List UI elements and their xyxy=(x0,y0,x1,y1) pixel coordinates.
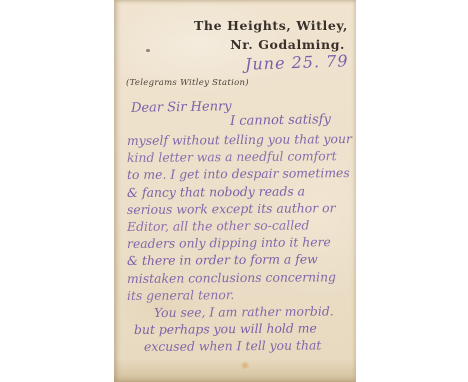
letter-line: mistaken conclusions concerning xyxy=(127,268,349,287)
letter-line: to me. I get into despair sometimes xyxy=(127,164,349,183)
letterhead-address-line1: The Heights, Witley, xyxy=(194,16,348,35)
salutation: Dear Sir Henry xyxy=(131,99,232,116)
photo-background: The Heights, Witley, Nr. Godalming. June… xyxy=(0,0,468,382)
telegrams-note: (Telegrams Witley Station) xyxy=(126,78,249,88)
letter-line: excused when I tell you that xyxy=(144,337,349,356)
letter-line: & fancy that nobody reads a xyxy=(127,182,349,201)
letter-line: its general tenor. xyxy=(127,285,349,304)
letter-line: & there in order to form a few xyxy=(127,250,349,269)
letterhead: The Heights, Witley, Nr. Godalming. xyxy=(194,16,348,54)
letter-line: Editor, all the other so-called xyxy=(127,216,349,235)
letter-paper: The Heights, Witley, Nr. Godalming. June… xyxy=(114,0,356,382)
letter-line: myself without telling you that your xyxy=(127,130,349,149)
letter-line: serious work except its author or xyxy=(127,199,349,218)
opening-line: I cannot satisfy xyxy=(230,112,331,129)
foxing-stain xyxy=(240,362,250,369)
letter-body: myself without telling you that your kin… xyxy=(127,132,349,356)
handwritten-date: June 25. 79 xyxy=(244,51,348,74)
paper-speck xyxy=(146,49,150,52)
